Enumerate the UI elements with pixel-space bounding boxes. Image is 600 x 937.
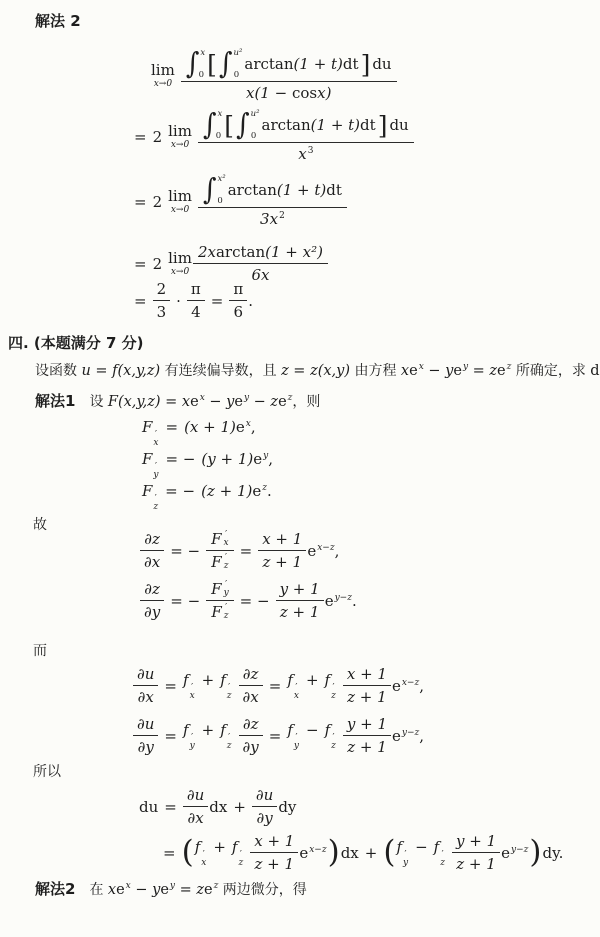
numerator: 2 <box>153 280 171 300</box>
plus-sign: + <box>306 671 319 689</box>
equation: xex − yey = zez <box>401 363 511 379</box>
lim-subscript: x→0 <box>171 206 189 215</box>
comma: , <box>335 542 340 560</box>
F-ratio: F′yF′z <box>206 580 234 621</box>
chinese-text: 两边微分，得 <box>218 882 306 898</box>
numerator: ∂u <box>133 715 158 735</box>
exponent: x−z <box>402 678 419 688</box>
right-bracket: ] <box>378 113 388 138</box>
f-symbol: f <box>325 721 331 739</box>
variable: 3x <box>260 210 278 228</box>
exponent: 3 <box>308 146 314 156</box>
equation: F(x,y,z) = xex − yey − zez <box>108 394 293 410</box>
f-symbol: f <box>220 671 226 689</box>
denominator: 4 <box>187 300 205 321</box>
exponent: x <box>200 393 205 403</box>
equals-sign: = <box>134 193 147 211</box>
equals-sign: = <box>134 292 147 310</box>
f-symbol: f <box>287 671 293 689</box>
exponent: y <box>244 393 249 403</box>
left-paren: ( <box>182 837 194 868</box>
denominator: 6 <box>229 300 247 321</box>
du-line-2: = ( f′x+f′z x + 1z + 1 ex−z ) dx + ( f′y… <box>160 832 566 873</box>
ratio-fraction: y + 1z + 1 <box>276 580 324 621</box>
equals-sign: = <box>211 292 224 310</box>
coefficient: 2 <box>153 128 163 146</box>
outer-integral: ∫x0 <box>186 49 205 79</box>
numerator: ∂u <box>133 665 158 685</box>
fraction: ∫x0 [ ∫u²0 arctan(1 + t)dt ] du x(1 − co… <box>181 49 397 102</box>
integral-sign: ∫ <box>236 110 250 139</box>
prime-subscript: ′z <box>331 684 336 701</box>
e-symbol: e <box>501 844 510 862</box>
argument: (1 + t) <box>294 55 343 73</box>
numerator: π <box>187 280 205 300</box>
subscript: z <box>331 692 336 701</box>
plus-sign: + <box>365 844 378 862</box>
F-symbol: F <box>142 450 152 468</box>
prime-subscript: ′x <box>294 684 299 701</box>
f-terms: f′y+f′z <box>183 721 233 751</box>
F-symbol: F <box>211 553 221 571</box>
du-line-1: du = ∂u∂x dx + ∂u∂y dy <box>136 786 299 827</box>
lim-word: lim <box>151 63 175 78</box>
lim-word: lim <box>168 189 192 204</box>
numerator: F′y <box>206 580 234 600</box>
exponent: z <box>288 393 293 403</box>
period: . <box>267 482 272 500</box>
integrand: arctan(1 + t)dt <box>244 55 358 73</box>
exponent: x <box>419 362 424 372</box>
numerator: ∂z <box>140 580 164 600</box>
differential: dy <box>278 798 296 816</box>
e-symbol: e <box>299 844 308 862</box>
exponent: y−z <box>511 845 528 855</box>
prime-subscript: ′z <box>331 734 336 751</box>
left-bracket: [ <box>207 52 217 77</box>
partial-fraction: ∂z∂x <box>239 665 263 706</box>
exp-factor: ex−z, <box>392 677 424 695</box>
dzdx-line: ∂z∂x = − F′xF′z = x + 1z + 1 ex−z, <box>137 530 342 571</box>
numerator: y + 1 <box>276 580 324 600</box>
result-line: = 23 · π4 = π6 . <box>131 280 256 321</box>
chinese-text: 在 <box>89 882 107 898</box>
integrand: arctan(1 + t)dt <box>228 181 342 199</box>
solution-2-heading: 解法 2 <box>35 10 81 31</box>
argument: (1 + t) <box>277 181 326 199</box>
inner-integral: ∫u²0 <box>219 49 242 79</box>
limit-operator: limx→0 <box>151 63 175 89</box>
f-symbol: f <box>396 838 402 856</box>
exp-factor: ex−z, <box>307 542 339 560</box>
f-symbol: f <box>183 721 189 739</box>
math-token: u = f(x,y,z) <box>81 363 160 379</box>
e-symbol: e <box>392 677 401 695</box>
chinese-text: 设函数 <box>35 363 81 379</box>
fraction-two-thirds: 23 <box>153 280 171 321</box>
dudy-line: ∂u∂y = f′y+f′z ∂z∂y = f′y−f′z y + 1z + 1… <box>130 715 427 756</box>
right-bracket: ] <box>361 52 371 77</box>
upper-bound: x <box>200 49 205 58</box>
partial-fraction: ∂z∂x <box>140 530 164 571</box>
denominator: ∂y <box>239 735 263 756</box>
denominator: F′z <box>206 550 234 571</box>
denominator: z + 1 <box>343 735 391 756</box>
integral: ∫x²0 <box>203 175 226 205</box>
denominator: z + 1 <box>276 600 324 621</box>
e-symbol: e <box>325 592 334 610</box>
differential: dt <box>360 116 376 134</box>
exponent: x−z <box>317 543 334 553</box>
numerator: ∂z <box>239 665 263 685</box>
equals-sign: = <box>240 542 253 560</box>
dot-operator: · <box>176 292 181 310</box>
numerator: ∂z <box>140 530 164 550</box>
subscript: x <box>224 539 229 548</box>
den-expression: x(1 − cosx) <box>246 84 331 102</box>
function-name: arctan <box>216 243 265 261</box>
equals-sign: = <box>269 677 282 695</box>
equals-minus: = − <box>240 592 270 610</box>
prime-subscript: ′x <box>153 431 158 448</box>
denominator: 3 <box>153 300 171 321</box>
denominator: ∂x <box>140 550 164 571</box>
limit-operator: limx→0 <box>168 251 192 277</box>
subscript: z <box>238 859 243 868</box>
integral-bounds: x0 <box>199 49 205 79</box>
lim-word: lim <box>168 251 192 266</box>
prime-subscript: ′z <box>238 851 243 868</box>
prime-subscript: ′y <box>153 463 158 480</box>
problem-statement: 设函数 u = f(x,y,z) 有连续偏导数，且 z = z(x,y) 由方程… <box>35 360 600 380</box>
upper-bound: x <box>218 110 223 119</box>
numerator: y + 1 <box>452 832 500 852</box>
upper-bound: u² <box>251 110 260 119</box>
math-token: − y <box>205 394 235 410</box>
fraction-pi-fourths: π4 <box>187 280 205 321</box>
subscript: y <box>224 589 229 598</box>
differential: dt <box>326 181 342 199</box>
prime-subscript: ′z <box>153 495 158 512</box>
math-token: x <box>108 882 116 898</box>
comma: , <box>251 418 256 436</box>
subscript: y <box>403 859 408 868</box>
differential-end: dy. <box>542 844 563 862</box>
e-symbol: e <box>278 394 287 410</box>
e-symbol: e <box>497 363 506 379</box>
prime-subscript: ′y <box>403 851 408 868</box>
numerator: π <box>229 280 247 300</box>
numerator: ∂u <box>183 786 208 806</box>
subscript: x <box>201 859 206 868</box>
exponent: y−z <box>335 593 352 603</box>
fraction: ∫x0 [ ∫u²0 arctan(1 + t)dt ] du x3 <box>198 110 414 163</box>
lim-word: lim <box>168 124 192 139</box>
equals-minus: = − <box>166 450 196 468</box>
subscript: y <box>190 742 195 751</box>
ratio-fraction: x + 1z + 1 <box>343 665 391 706</box>
right-paren: ) <box>328 837 340 868</box>
F-symbol: F <box>142 418 152 436</box>
e-symbol: e <box>234 394 243 410</box>
equals-sign: = <box>134 255 147 273</box>
e-symbol: e <box>252 482 261 500</box>
denominator: x(1 − cosx) <box>181 81 397 102</box>
integrand: arctan(1 + t)dt <box>262 116 376 134</box>
scanned-textbook-page: 解法 2 limx→0 ∫x0 [ ∫u²0 arctan(1 + t)dt ]… <box>0 0 600 937</box>
fraction: ∫x²0 arctan(1 + t)dt 3x2 <box>198 175 347 228</box>
denominator: ∂y <box>133 735 158 756</box>
numerator: 2xarctan(1 + x²) <box>193 243 328 263</box>
partial-fraction: ∂u∂y <box>252 786 277 827</box>
prime-subscript: ′z <box>227 684 232 701</box>
numerator: y + 1 <box>343 715 391 735</box>
lim-subscript: x→0 <box>171 141 189 150</box>
partial-fraction: ∂u∂x <box>183 786 208 827</box>
exponent: y <box>463 362 468 372</box>
argument: (1 + x²) <box>265 243 323 261</box>
lim-subscript: x→0 <box>154 80 172 89</box>
differential: du <box>590 363 600 379</box>
denominator: ∂x <box>239 685 263 706</box>
subscript: z <box>331 742 336 751</box>
differential: du <box>372 55 391 73</box>
argument: (1 + t) <box>311 116 360 134</box>
comma: , <box>419 677 424 695</box>
minus-sign: − <box>415 838 428 856</box>
math-token: x(1 − <box>246 84 292 102</box>
integral-sign: ∫ <box>186 49 200 78</box>
math-token: x) <box>317 84 331 102</box>
math-token: 2x <box>198 243 216 261</box>
partial-Fz-line: F′z= −(z + 1)ez. <box>142 482 272 512</box>
exponent: y <box>263 451 268 461</box>
exp-factor: ey−z, <box>392 727 424 745</box>
dzdy-line: ∂z∂y = − F′yF′z = − y + 1z + 1 ey−z. <box>137 580 360 621</box>
f-symbol: f <box>220 721 226 739</box>
math-token: − y <box>424 363 454 379</box>
plus-sign: + <box>233 798 246 816</box>
du-symbol: du <box>139 798 158 816</box>
F-symbol: F <box>142 482 152 500</box>
e-symbol: e <box>392 727 401 745</box>
numerator: ∂z <box>239 715 263 735</box>
prime-subscript: ′z <box>224 554 229 571</box>
denominator: ∂x <box>133 685 158 706</box>
f-terms: f′y−f′z <box>287 721 337 751</box>
partial-Fy-line: F′y= −(y + 1)ey, <box>142 450 273 480</box>
denominator: x3 <box>198 142 414 163</box>
function-name: arctan <box>262 116 311 134</box>
prime-subscript: ′y <box>190 734 195 751</box>
denominator: 3x2 <box>198 207 347 228</box>
f-symbol: f <box>195 838 201 856</box>
subscript: z <box>227 742 232 751</box>
equals-sign: = <box>164 677 177 695</box>
limit-operator: limx→0 <box>168 189 192 215</box>
e-symbol: e <box>236 418 245 436</box>
den-expression: x3 <box>298 145 313 163</box>
equation: xex − yey = zez <box>108 882 218 898</box>
limit-line-3: = 2 limx→0 ∫x²0 arctan(1 + t)dt 3x2 <box>131 175 350 228</box>
prime-subscript: ′x <box>201 851 206 868</box>
integral-bounds: u²0 <box>250 110 260 140</box>
partial-fraction: ∂u∂y <box>133 715 158 756</box>
denominator: z + 1 <box>343 685 391 706</box>
math-token: (z + 1) <box>201 482 252 500</box>
f-terms: f′x+f′z <box>195 838 245 868</box>
f-symbol: f <box>232 838 238 856</box>
exponent: x <box>246 419 251 429</box>
e-symbol: e <box>409 363 418 379</box>
math-token: (x + 1) <box>184 418 236 436</box>
ratio-fraction: y + 1z + 1 <box>452 832 500 873</box>
f-symbol: f <box>183 671 189 689</box>
function-name: arctan <box>228 181 277 199</box>
denominator: ∂x <box>183 806 208 827</box>
f-terms: f′x+f′z <box>183 671 233 701</box>
math-token: z = z(x,y) <box>281 363 350 379</box>
differential: du <box>389 116 408 134</box>
solution-2b-heading: 解法2 <box>35 880 75 898</box>
math-token: F(x,y,z) = x <box>108 394 190 410</box>
partial-fraction: ∂u∂x <box>133 665 158 706</box>
exponent: y−z <box>402 728 419 738</box>
dudx-line: ∂u∂x = f′x+f′z ∂z∂x = f′x+f′z x + 1z + 1… <box>130 665 427 706</box>
plus-sign: + <box>202 671 215 689</box>
period: . <box>248 292 253 310</box>
integral-sign: ∫ <box>219 49 233 78</box>
denominator: z + 1 <box>250 852 298 873</box>
period: . <box>352 592 357 610</box>
denominator: z + 1 <box>258 550 306 571</box>
coefficient: 2 <box>153 255 163 273</box>
comma: , <box>268 450 273 468</box>
e-symbol: e <box>253 450 262 468</box>
outer-integral: ∫x0 <box>203 110 222 140</box>
exponent: 2 <box>279 211 285 221</box>
numerator: ∫x0 [ ∫u²0 arctan(1 + t)dt ] du <box>198 110 414 142</box>
left-paren: ( <box>383 837 395 868</box>
limit-line-2: = 2 limx→0 ∫x0 [ ∫u²0 arctan(1 + t)dt ] … <box>131 110 417 163</box>
f-symbol: f <box>325 671 331 689</box>
exponent: z <box>507 362 512 372</box>
prime-subscript: ′x <box>224 531 229 548</box>
equals-sign: = <box>166 418 179 436</box>
lim-subscript: x→0 <box>171 268 189 277</box>
e-symbol: e <box>307 542 316 560</box>
differential: dx <box>209 798 227 816</box>
minus-sign: − <box>306 721 319 739</box>
solution-2b-line: 解法2在 xex − yey = zez 两边微分，得 <box>35 878 307 899</box>
integral-bounds: x0 <box>217 110 223 140</box>
subscript: z <box>224 562 229 571</box>
upper-bound: u² <box>233 49 242 58</box>
integral-bounds: x²0 <box>217 175 226 205</box>
numerator: ∂u <box>252 786 277 806</box>
e-symbol: e <box>204 882 213 898</box>
chinese-text: ，则 <box>292 394 320 410</box>
partial-fraction: ∂z∂y <box>140 580 164 621</box>
f-symbol: f <box>434 838 440 856</box>
ratio-fraction: x + 1z + 1 <box>258 530 306 571</box>
solution-1-heading: 解法1 <box>35 392 75 410</box>
numerator: F′x <box>206 530 234 550</box>
partial-fraction: ∂z∂y <box>239 715 263 756</box>
plus-sign: + <box>213 838 226 856</box>
problem-4-heading: 四. (本题满分 7 分) <box>8 332 144 353</box>
left-bracket: [ <box>224 113 234 138</box>
F-symbol: F <box>211 603 221 621</box>
equals-sign: = <box>164 727 177 745</box>
math-token: x <box>401 363 409 379</box>
math-token: = z <box>175 882 204 898</box>
function-name: arctan <box>244 55 293 73</box>
upper-bound: x² <box>218 175 226 184</box>
subscript: z <box>224 612 229 621</box>
exp-factor: ey−z. <box>325 592 357 610</box>
numerator: x + 1 <box>343 665 391 685</box>
numerator: x + 1 <box>250 832 298 852</box>
limit-operator: limx→0 <box>168 124 192 150</box>
den-expression: 3x2 <box>260 210 285 228</box>
e-symbol: e <box>160 882 169 898</box>
chinese-text: 有连续偏导数，且 <box>160 363 281 379</box>
math-token: (y + 1) <box>201 450 253 468</box>
comma: , <box>419 727 424 745</box>
equals-minus: = − <box>170 592 200 610</box>
chinese-text: 设 <box>89 394 107 410</box>
prime-subscript: ′y <box>224 581 229 598</box>
F-ratio: F′xF′z <box>206 530 234 571</box>
prime-subscript: ′z <box>227 734 232 751</box>
exponent: y <box>170 881 175 891</box>
inner-integral: ∫u²0 <box>236 110 259 140</box>
prime-subscript: ′y <box>294 734 299 751</box>
partial-Fx-line: F′x=(x + 1)ex, <box>142 418 256 448</box>
exp-factor: ex−z <box>299 844 326 862</box>
integral-sign: ∫ <box>203 110 217 139</box>
connective-gu: 故 <box>33 514 47 534</box>
equals-sign: = <box>134 128 147 146</box>
ratio-fraction: y + 1z + 1 <box>343 715 391 756</box>
connective-er: 而 <box>33 640 47 660</box>
subscript: z <box>227 692 232 701</box>
equals-minus: = − <box>170 542 200 560</box>
differential: dx <box>341 844 359 862</box>
math-token: − y <box>131 882 161 898</box>
prime-subscript: ′z <box>440 851 445 868</box>
right-paren: ) <box>529 837 541 868</box>
exponent: z <box>214 881 219 891</box>
f-terms: f′x+f′z <box>287 671 337 701</box>
solution-1-line: 解法1设 F(x,y,z) = xex − yey − zez，则 <box>35 390 320 411</box>
limit-line-4: = 2 limx→0 2xarctan(1 + x²) 6x <box>131 243 331 284</box>
ratio-fraction: x + 1z + 1 <box>250 832 298 873</box>
exponent: z <box>262 483 267 493</box>
math-token: − z <box>249 394 278 410</box>
equals-sign: = <box>164 798 177 816</box>
exponent: x <box>126 881 131 891</box>
fraction: 2xarctan(1 + x²) 6x <box>193 243 328 284</box>
differential: dy <box>542 844 558 862</box>
subscript: z <box>153 503 158 512</box>
e-symbol: e <box>116 882 125 898</box>
subscript: y <box>294 742 299 751</box>
chinese-text: 所确定，求 <box>511 363 590 379</box>
denominator: ∂y <box>140 600 164 621</box>
limit-line-1: limx→0 ∫x0 [ ∫u²0 arctan(1 + t)dt ] du x… <box>148 49 400 102</box>
